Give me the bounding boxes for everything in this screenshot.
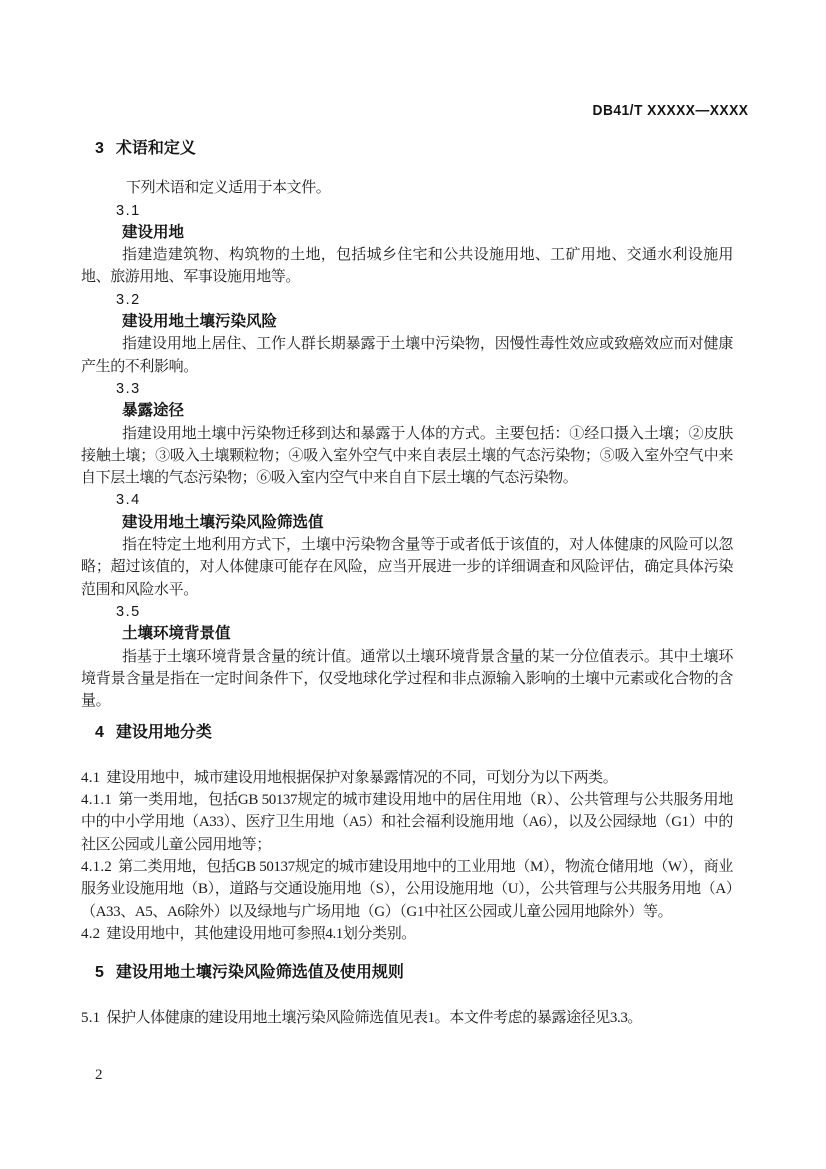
section-5-number: 5 xyxy=(95,964,104,981)
term-definition: 指在特定土地利用方式下，土壤中污染物含量等于或者低于该值的，对人体健康的风险可以… xyxy=(81,534,733,601)
term-number: 3.5 xyxy=(81,601,733,623)
term-entry: 3.3 暴露途径 指建设用地土壤中污染物迁移到达和暴露于人体的方式。主要包括：①… xyxy=(81,378,733,489)
page-number: 2 xyxy=(95,1067,103,1084)
clause-text: 保护人体健康的建设用地土壤污染风险筛选值见表1。本文件考虑的暴露途径见3.3。 xyxy=(106,1010,642,1026)
section-4-title: 建设用地分类 xyxy=(116,724,212,741)
clause-number: 4.2 xyxy=(81,926,100,942)
term-name: 土壤环境背景值 xyxy=(81,623,733,645)
document-body: 3术语和定义 下列术语和定义适用于本文件。 3.1 建设用地 指建造建筑物、构筑… xyxy=(81,0,733,1030)
clause-4-2: 4.2建设用地中，其他建设用地可参照4.1划分类别。 xyxy=(81,923,733,945)
clause-5-1: 5.1保护人体健康的建设用地土壤污染风险筛选值见表1。本文件考虑的暴露途径见3.… xyxy=(81,1007,733,1029)
term-name: 建设用地土壤污染风险筛选值 xyxy=(81,512,733,534)
clause-text: 建设用地中，城市建设用地根据保护对象暴露情况的不同，可划分为以下两类。 xyxy=(106,770,617,786)
terms-intro-paragraph: 下列术语和定义适用于本文件。 xyxy=(81,177,733,199)
term-definition: 指建造建筑物、构筑物的土地，包括城乡住宅和公共设施用地、工矿用地、交通水利设施用… xyxy=(81,244,733,289)
document-page: DB41/T XXXXX—XXXX 3术语和定义 下列术语和定义适用于本文件。 … xyxy=(0,0,826,1169)
term-entry: 3.5 土壤环境背景值 指基于土壤环境背景含量的统计值。通常以土壤环境背景含量的… xyxy=(81,601,733,712)
clause-number: 4.1.1 xyxy=(81,792,112,808)
section-4-number: 4 xyxy=(95,724,104,741)
term-entry: 3.1 建设用地 指建造建筑物、构筑物的土地，包括城乡住宅和公共设施用地、工矿用… xyxy=(81,200,733,289)
clause-text: 第一类用地，包括GB 50137规定的城市建设用地中的居住用地（R）、公共管理与… xyxy=(81,792,733,853)
term-entry: 3.2 建设用地土壤污染风险 指建设用地上居住、工作人群长期暴露于土壤中污染物，… xyxy=(81,289,733,378)
clause-4-1-1: 4.1.1第一类用地，包括GB 50137规定的城市建设用地中的居住用地（R）、… xyxy=(81,789,733,856)
section-3-heading: 3术语和定义 xyxy=(81,138,733,160)
section-5-title: 建设用地土壤污染风险筛选值及使用规则 xyxy=(116,964,404,981)
clause-number: 4.1.2 xyxy=(81,859,112,875)
clause-4-1-2: 4.1.2第二类用地，包括GB 50137规定的城市建设用地中的工业用地（M），… xyxy=(81,856,733,923)
section-3-title: 术语和定义 xyxy=(116,140,196,157)
term-entry: 3.4 建设用地土壤污染风险筛选值 指在特定土地利用方式下，土壤中污染物含量等于… xyxy=(81,489,733,600)
clause-4-1: 4.1建设用地中，城市建设用地根据保护对象暴露情况的不同，可划分为以下两类。 xyxy=(81,767,733,789)
term-definition: 指基于土壤环境背景含量的统计值。通常以土壤环境背景含量的某一分位值表示。其中土壤… xyxy=(81,646,733,713)
term-name: 建设用地土壤污染风险 xyxy=(81,311,733,333)
term-name: 暴露途径 xyxy=(81,400,733,422)
term-definition: 指建设用地上居住、工作人群长期暴露于土壤中污染物，因慢性毒性效应或致癌效应而对健… xyxy=(81,333,733,378)
clause-text: 建设用地中，其他建设用地可参照4.1划分类别。 xyxy=(106,926,416,942)
term-number: 3.3 xyxy=(81,378,733,400)
section-3-number: 3 xyxy=(95,140,104,157)
term-definition: 指建设用地土壤中污染物迁移到达和暴露于人体的方式。主要包括：①经口摄入土壤；②皮… xyxy=(81,423,733,490)
term-number: 3.1 xyxy=(81,200,733,222)
clause-number: 4.1 xyxy=(81,770,100,786)
term-number: 3.2 xyxy=(81,289,733,311)
term-number: 3.4 xyxy=(81,489,733,511)
clause-text: 第二类用地，包括GB 50137规定的城市建设用地中的工业用地（M），物流仓储用… xyxy=(81,859,733,920)
term-name: 建设用地 xyxy=(81,222,733,244)
section-5-heading: 5建设用地土壤污染风险筛选值及使用规则 xyxy=(81,962,733,984)
clause-number: 5.1 xyxy=(81,1010,100,1026)
section-4-heading: 4建设用地分类 xyxy=(81,722,733,744)
